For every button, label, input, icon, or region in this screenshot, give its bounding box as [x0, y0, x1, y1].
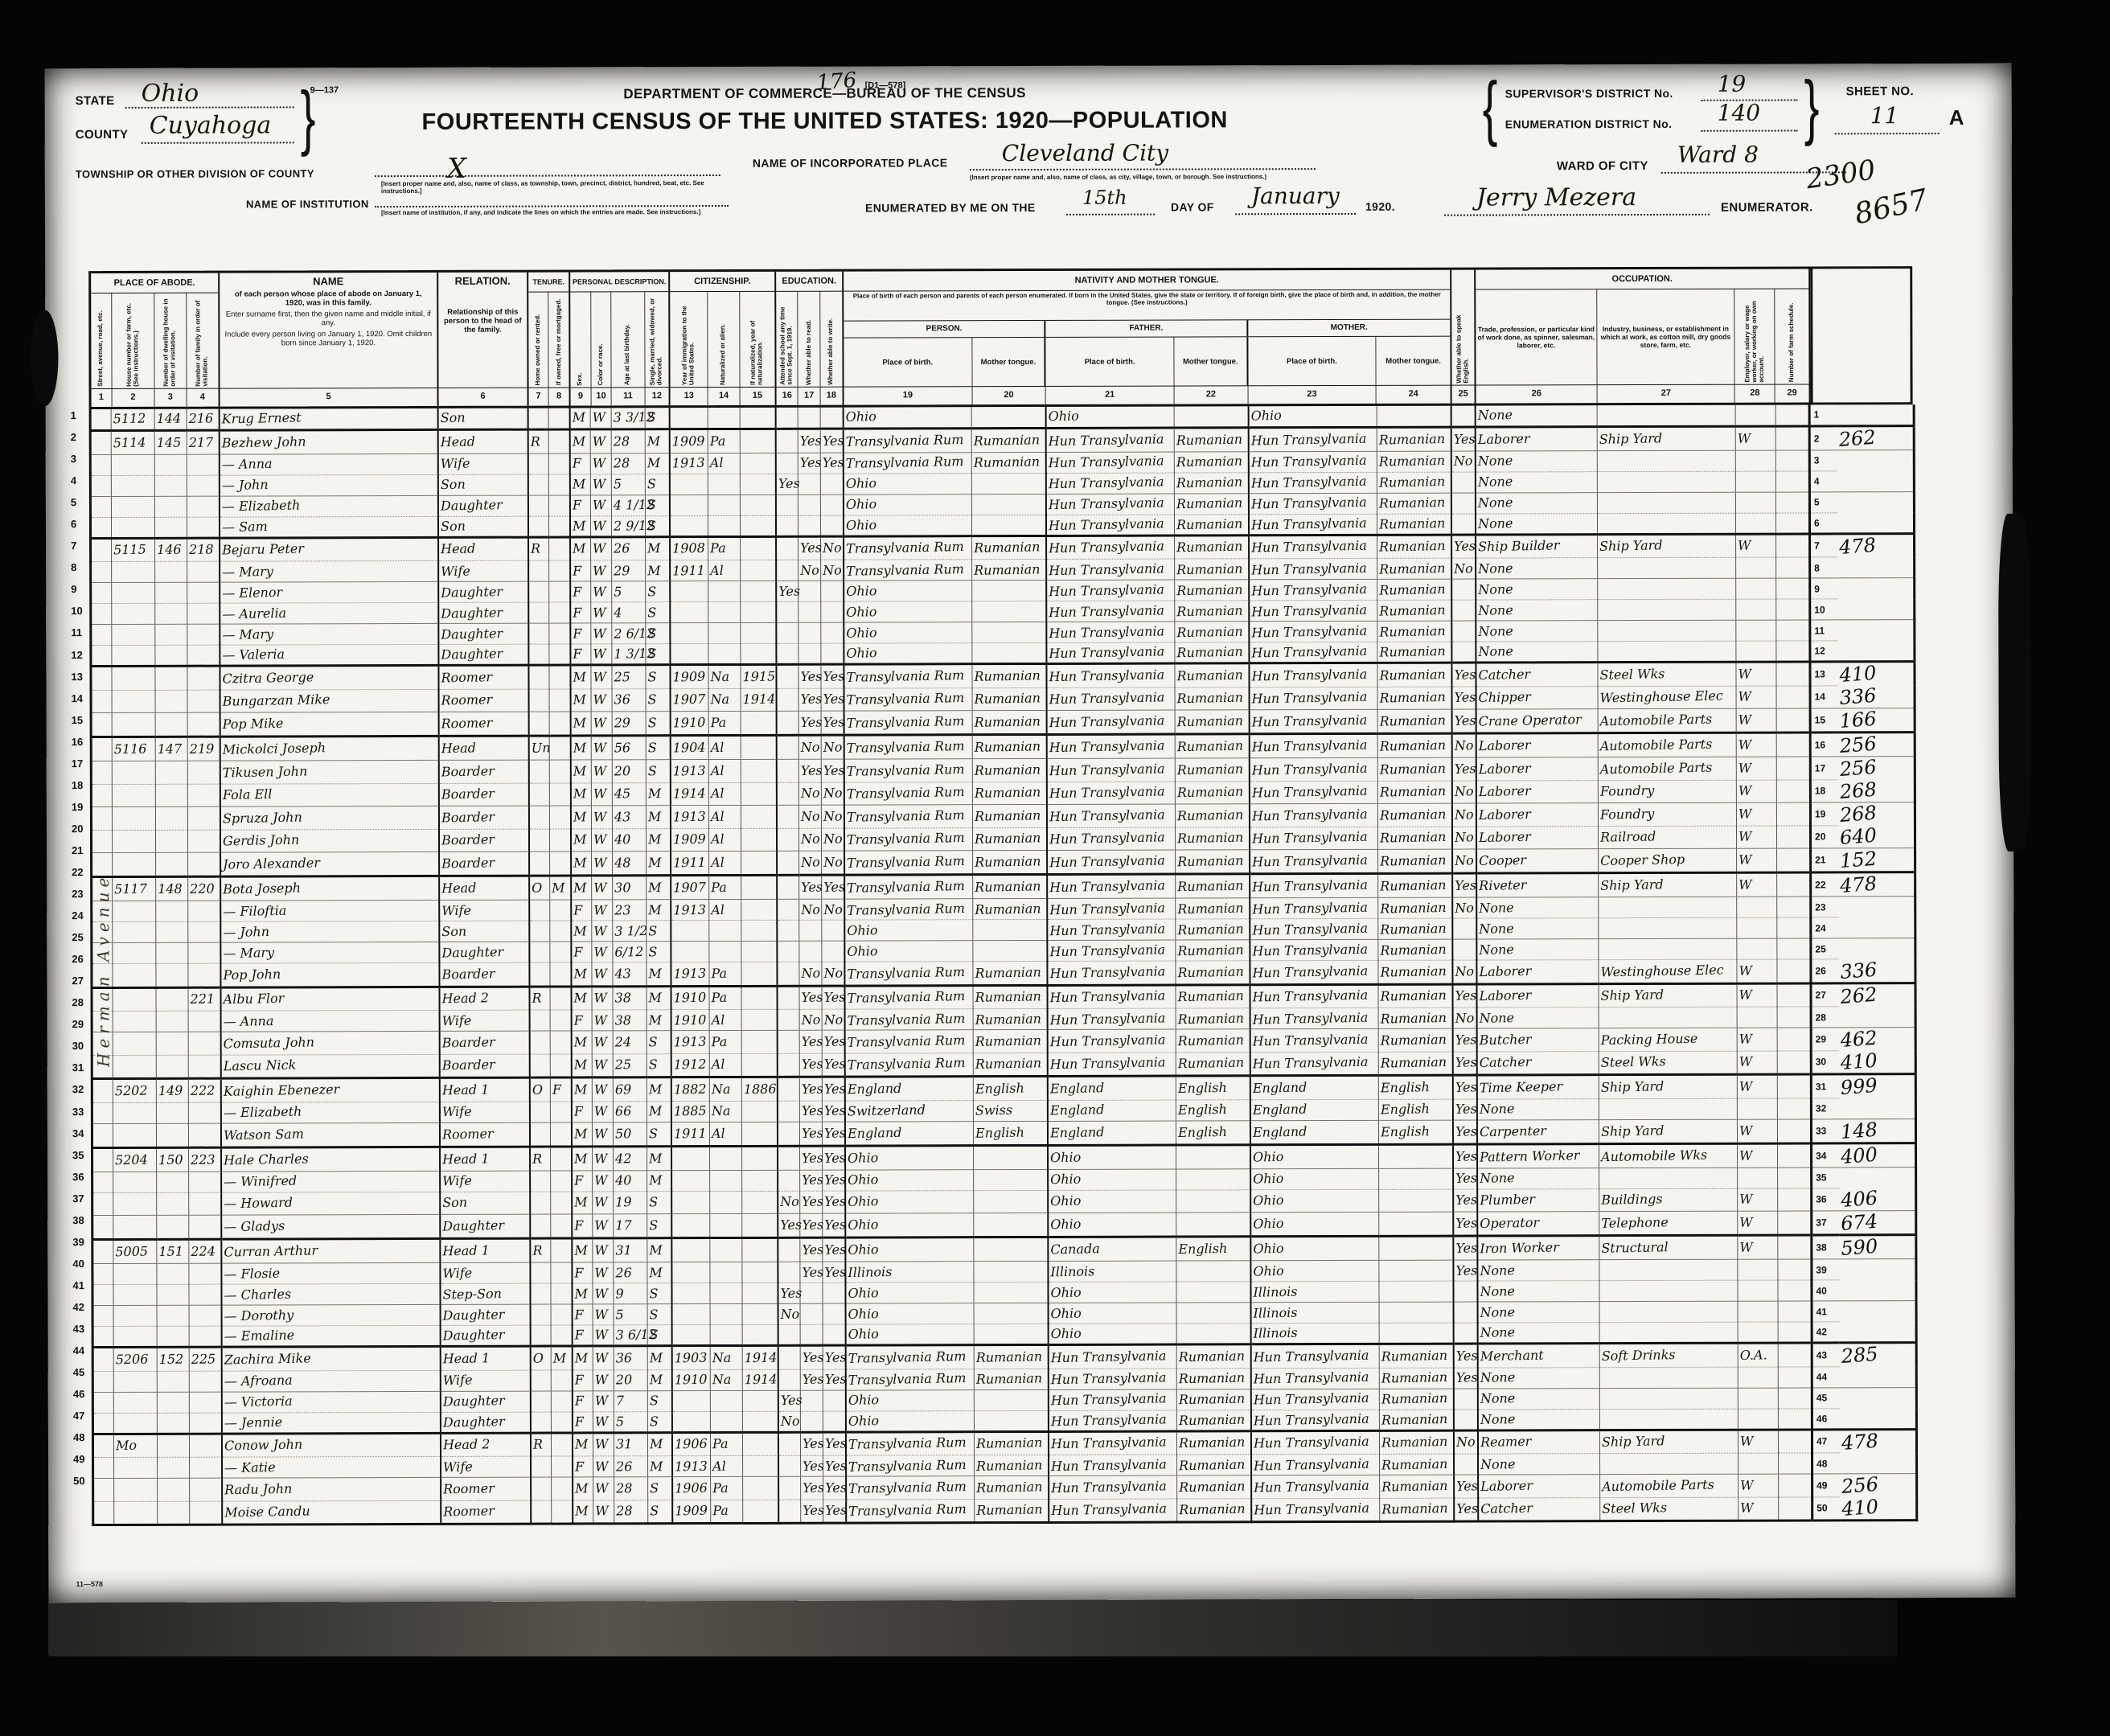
line-number-right: 3: [1809, 449, 1837, 470]
cell-t8: [552, 1500, 573, 1524]
cell-name: Zachira Mike: [221, 1346, 440, 1370]
cell-eng: [1451, 493, 1475, 514]
township-label: TOWNSHIP OR OTHER DIVISION OF COUNTY: [76, 167, 314, 180]
cell-yr: [671, 1283, 710, 1304]
cell-mt: Rumanian: [972, 710, 1046, 734]
cell-occ: Time Keeper: [1476, 1075, 1599, 1099]
cell-wr: Yes: [821, 664, 844, 688]
cell-st: [91, 582, 112, 603]
line-number-right: 30: [1811, 1050, 1838, 1074]
cell-pbm: England: [1250, 1099, 1378, 1120]
cell-emp: [1738, 1168, 1778, 1188]
cell-race: W: [592, 1101, 613, 1122]
cell-t7: [530, 1412, 551, 1433]
cell-yr: 1904: [670, 736, 708, 760]
line-number-right: 48: [1812, 1453, 1840, 1474]
cell-pbm: Hun Transylvania: [1250, 1410, 1379, 1430]
cell-t7: [527, 495, 548, 516]
cell-mtf: Rumanian: [1176, 1052, 1250, 1076]
cell-pb: Ohio: [843, 515, 971, 536]
cell-ind: [1599, 1388, 1738, 1409]
cell-st: [92, 1147, 113, 1172]
cell-nat: Na: [710, 1369, 742, 1390]
cell-sex: M: [571, 852, 592, 876]
cell-race: W: [593, 1369, 614, 1390]
cell-yr: 1910: [671, 986, 709, 1010]
cell-age: 3 1/2: [613, 921, 647, 942]
cell-dw: [155, 603, 187, 624]
cell-fam: [189, 1215, 221, 1239]
cell-ind: Railroad: [1598, 826, 1736, 849]
cell-mar: S: [647, 1053, 671, 1077]
group-occupation: OCCUPATION. Trade, profession, or partic…: [1476, 269, 1810, 403]
cell-house: 5115: [112, 538, 155, 562]
cell-pb: Transylvania Rum: [844, 560, 972, 581]
cell-eng: No: [1453, 1430, 1477, 1455]
cell-wr: Yes: [822, 1101, 844, 1122]
form-footer-code: 11—578: [76, 1580, 103, 1588]
county-value[interactable]: Cuyahoga: [150, 111, 272, 139]
cell-wr: Yes: [823, 1146, 845, 1170]
cell-pbf: Ohio: [1048, 1213, 1176, 1237]
cell-mtf: Rumanian: [1176, 919, 1250, 940]
enumerated-day[interactable]: 15th: [1082, 187, 1127, 209]
cell-eng: [1451, 579, 1476, 600]
cell-rel: Head: [438, 537, 528, 561]
cell-mtm: Rumanian: [1378, 897, 1452, 918]
cell-pbf: Hun Transylvania: [1047, 1053, 1176, 1077]
column-subhead: Sex.: [570, 292, 591, 387]
cell-rd: Yes: [801, 1500, 823, 1524]
line-number-left: 18: [69, 779, 90, 801]
cell-yrnat: [743, 1500, 778, 1524]
cell-fam: [188, 901, 220, 921]
line-number-right: 42: [1812, 1322, 1839, 1343]
cell-ind: Westinghouse Elec: [1598, 686, 1736, 709]
cell-nat: Al: [711, 1455, 743, 1476]
column-number: 26: [1476, 385, 1598, 403]
cell-dw: [157, 1326, 189, 1347]
cell-st: [93, 1501, 114, 1525]
cell-eng: Yes: [1452, 1075, 1476, 1099]
cell-rd: [798, 408, 820, 429]
cell-dw: 144: [154, 409, 187, 430]
cell-wr: Yes: [821, 711, 844, 735]
cell-pbf: Hun Transylvania: [1046, 663, 1175, 687]
line-number-left: 49: [71, 1453, 92, 1475]
cell-sex: M: [571, 1077, 592, 1102]
cell-mar: M: [646, 536, 670, 560]
cell-eng: Yes: [1452, 873, 1476, 897]
cell-sex: M: [571, 921, 592, 942]
cell-rd: [799, 941, 822, 962]
cell-race: W: [591, 736, 612, 760]
cell-wr: Yes: [823, 1262, 845, 1283]
township-value[interactable]: X: [447, 153, 466, 185]
cell-occ: None: [1477, 1260, 1599, 1281]
scan-streak: [48, 1600, 1898, 1656]
line-number-right: 4: [1809, 470, 1837, 491]
cell-name: Pop Mike: [220, 712, 438, 737]
cell-race: W: [593, 1325, 614, 1346]
cell-name: Bezhew John: [219, 429, 437, 454]
cell-age: 5: [612, 581, 646, 602]
cell-mt: [974, 1282, 1048, 1303]
cell-pbm: Hun Transylvania: [1249, 600, 1377, 621]
cell-eng: Yes: [1452, 1028, 1476, 1052]
cell-dw: [154, 454, 187, 475]
cell-fam: [188, 1123, 220, 1147]
cell-farm: [1777, 1098, 1811, 1118]
cell-mtm: Rumanian: [1378, 939, 1452, 960]
cell-sch: [777, 1101, 799, 1122]
cell-sex: M: [572, 1346, 593, 1370]
cell-mtf: Rumanian: [1175, 687, 1249, 710]
cell-mtm: [1379, 1281, 1453, 1302]
cell-emp: W: [1736, 780, 1776, 803]
enumerated-month[interactable]: January: [1251, 183, 1340, 209]
cell-farm: [1778, 1167, 1812, 1188]
line-number-left: 23: [69, 888, 90, 909]
cell-farm: [1776, 708, 1810, 733]
cell-mtf: Rumanian: [1175, 804, 1249, 827]
cell-mt: [972, 601, 1046, 622]
cell-rd: [800, 1303, 823, 1324]
cell-fam: [188, 963, 220, 987]
cell-pb: Transylvania Rum: [844, 805, 972, 828]
cell-fam: [187, 561, 220, 582]
cell-rel: Head 1: [440, 1346, 530, 1370]
cell-pbf: Hun Transylvania: [1046, 827, 1175, 851]
cell-mt: Swiss: [973, 1100, 1047, 1121]
cell-rel: Roomer: [441, 1500, 531, 1525]
cell-rd: [800, 1411, 823, 1432]
cell-ind: Ship Yard: [1598, 534, 1736, 558]
cell-fam: [187, 806, 220, 830]
cell-sex: F: [571, 1101, 592, 1122]
cell-wr: Yes: [823, 1191, 845, 1214]
cell-eng: No: [1451, 827, 1476, 850]
cell-occ: None: [1477, 1323, 1599, 1344]
cell-eng: [1453, 1410, 1477, 1430]
cell-mtf: [1176, 1144, 1250, 1168]
cell-eng: No: [1451, 558, 1476, 579]
cell-mtf: Rumanian: [1176, 1410, 1250, 1430]
cell-mar: M: [647, 900, 671, 921]
cell-race: W: [592, 962, 613, 987]
cell-pb: Ohio: [844, 920, 973, 941]
cell-yrnat: [740, 515, 775, 536]
cell-fam: 225: [189, 1347, 221, 1371]
cell-sch: [775, 453, 798, 474]
column-subhead: Single, married, widowed, or divorced.: [645, 292, 669, 387]
cell-t8: [551, 1283, 572, 1304]
cell-race: W: [592, 852, 613, 876]
cell-ind: [1599, 1301, 1738, 1322]
township-line: [375, 174, 720, 177]
cell-mtm: Rumanian: [1377, 472, 1451, 493]
group-relation: RELATION. Relationship of this person to…: [438, 273, 528, 406]
cell-mar: S: [647, 1283, 671, 1304]
line-number-left: 16: [69, 736, 90, 757]
cell-mtf: [1176, 1261, 1250, 1282]
cell-mtf: Rumanian: [1176, 1430, 1250, 1455]
cell-emp: [1738, 1301, 1778, 1322]
cell-pbm: Hun Transylvania: [1248, 451, 1377, 472]
cell-sex: F: [570, 623, 591, 644]
cell-occ: None: [1475, 471, 1597, 492]
cell-name: Moise Candu: [222, 1500, 441, 1525]
cell-house: [113, 921, 156, 942]
cell-mtf: Rumanian: [1176, 961, 1250, 985]
cell-eng: No: [1451, 803, 1476, 827]
cell-name: Lascu Nick: [220, 1054, 439, 1078]
cell-t8: [549, 560, 570, 581]
cell-occ: None: [1476, 897, 1599, 918]
group-title-education: EDUCATION.: [776, 272, 842, 292]
line-number-right: 40: [1812, 1280, 1839, 1301]
cell-sex: M: [570, 782, 591, 806]
cell-wr: [822, 920, 844, 941]
cell-yrnat: [740, 474, 775, 495]
father-tongue-head: Mother tongue.: [1174, 337, 1248, 385]
cell-eng: [1451, 514, 1475, 535]
cell-mtm: Rumanian: [1377, 709, 1451, 733]
cell-mt: English: [973, 1121, 1047, 1145]
cell-nat: [708, 581, 741, 601]
cell-age: 6/12: [613, 942, 647, 962]
cell-sch: Yes: [778, 1213, 800, 1237]
column-number: 4: [187, 389, 219, 407]
occupation-trade-head: Trade, profession, or particular kind of…: [1476, 289, 1597, 384]
state-value[interactable]: Ohio: [142, 80, 199, 108]
cell-dw: [155, 712, 187, 737]
cell-yr: 1906: [671, 1432, 710, 1456]
cell-house: [112, 761, 155, 784]
cell-mtm: Rumanian: [1377, 621, 1451, 642]
cell-nat: Na: [708, 688, 741, 712]
cell-ind: [1599, 897, 1737, 917]
cell-house: [112, 624, 155, 645]
cell-yr: [671, 1262, 710, 1283]
sheet-title: FOURTEENTH CENSUS OF THE UNITED STATES: …: [351, 107, 1299, 136]
cell-name: Tikusen John: [220, 760, 438, 783]
cell-wr: Yes: [822, 1122, 844, 1146]
cell-t8: [550, 962, 571, 987]
cell-house: [112, 561, 155, 582]
cell-fam: 220: [188, 876, 220, 901]
cell-t8: F: [550, 1077, 571, 1102]
cell-nat: Al: [708, 560, 741, 581]
cell-yr: [671, 921, 709, 942]
cell-yr: 1909: [669, 429, 708, 453]
cell-t8: [550, 1122, 571, 1146]
cell-emp: W: [1737, 983, 1777, 1008]
cell-name: — Anna: [220, 1010, 439, 1032]
institution-note: [Insert name of institution, if any, and…: [381, 208, 735, 216]
cell-occ: Laborer: [1476, 757, 1598, 781]
cell-name: Kaighin Ebenezer: [220, 1077, 439, 1102]
cell-pbm: Hun Transylvania: [1250, 1028, 1378, 1052]
cell-sch: No: [778, 1411, 800, 1432]
cell-st: [92, 1434, 113, 1458]
cell-mtf: Rumanian: [1174, 451, 1248, 472]
line-number-left: 47: [71, 1410, 92, 1431]
cell-pbm: Ohio: [1250, 1260, 1379, 1281]
enumeration-label: ENUMERATION DISTRICT No.: [1505, 117, 1673, 131]
cell-age: 29: [612, 560, 646, 581]
supervisor-value[interactable]: 19: [1718, 71, 1747, 97]
cell-emp: [1738, 1280, 1778, 1301]
cell-rd: No: [798, 828, 821, 852]
sheet-value[interactable]: 11: [1870, 102, 1899, 129]
cell-sch: [776, 782, 798, 806]
line-number-right: 10: [1810, 599, 1837, 620]
cell-name: — Afroana: [221, 1370, 440, 1392]
cell-name: — John: [220, 921, 439, 942]
cell-name: — John: [219, 474, 437, 496]
cell-st: [92, 1284, 113, 1305]
cell-t8: [548, 408, 569, 429]
cell-mar: M: [647, 1077, 671, 1102]
enumeration-value[interactable]: 140: [1718, 100, 1761, 126]
line-number-right: 25: [1811, 938, 1838, 959]
cell-rd: Yes: [800, 1191, 823, 1214]
cell-wr: [821, 622, 844, 643]
column-subhead: If owned, free or mortgaged.: [548, 292, 569, 387]
cell-dw: [156, 1102, 188, 1123]
cell-mtm: [1379, 1189, 1453, 1213]
line-number-right: 24: [1811, 917, 1838, 938]
line-number-right: 22: [1811, 872, 1838, 897]
line-number-right: 35: [1812, 1167, 1839, 1188]
cell-pbm: Hun Transylvania: [1249, 579, 1377, 600]
cell-emp: [1736, 557, 1776, 578]
cell-race: W: [591, 644, 612, 665]
group-title-nativity: NATIVITY AND MOTHER TONGUE.: [844, 270, 1450, 292]
cell-wr: Yes: [823, 1455, 846, 1476]
cell-yrnat: [741, 986, 777, 1010]
cell-sex: F: [571, 900, 592, 921]
ward-value[interactable]: Ward 8: [1677, 142, 1759, 168]
form-header: 9—137 176 [D1—578] DEPARTMENT OF COMMERC…: [45, 64, 2013, 269]
cell-house: 5206: [113, 1347, 157, 1371]
cell-farm: [1777, 959, 1811, 983]
cell-yrnat: 1914: [741, 688, 776, 712]
column-number: 14: [708, 388, 740, 405]
cell-pb: Transylvania Rum: [844, 962, 973, 986]
line-number-left: 45: [71, 1366, 92, 1388]
margin-tally: 640: [1837, 825, 1915, 848]
occupation-subheads: Trade, profession, or particular kind of…: [1476, 289, 1808, 384]
cell-dw: [156, 1011, 188, 1032]
cell-sch: Yes: [776, 581, 798, 601]
cell-dw: [157, 1172, 189, 1192]
street-name-vertical[interactable]: Herman Avenue: [92, 617, 113, 1067]
cell-mt: Rumanian: [972, 827, 1046, 851]
line-number-right: 28: [1811, 1007, 1838, 1028]
cell-mar: S: [648, 1500, 672, 1524]
column-number: 22: [1174, 386, 1248, 404]
cell-race: W: [591, 602, 612, 623]
cell-sex: M: [570, 688, 591, 712]
cell-house: [113, 1371, 157, 1392]
cell-eng: Yes: [1452, 1099, 1476, 1120]
line-number-right: 33: [1811, 1118, 1838, 1143]
cell-pbf: Hun Transylvania: [1046, 758, 1175, 782]
cell-pbm: Hun Transylvania: [1250, 1344, 1379, 1368]
cell-fam: 219: [187, 737, 220, 761]
cell-mt: Rumanian: [975, 1455, 1049, 1475]
cell-mtm: Rumanian: [1379, 1368, 1453, 1389]
institution-line: [375, 205, 729, 207]
cell-pbf: Hun Transylvania: [1046, 734, 1175, 758]
cell-race: W: [592, 876, 613, 900]
enumerator-signature[interactable]: Jerry Mezera: [1476, 183, 1636, 212]
cell-ind: [1599, 1168, 1738, 1188]
cell-rd: [798, 515, 820, 536]
cell-mt: Rumanian: [973, 985, 1047, 1009]
cell-st: [92, 1215, 113, 1239]
cell-t7: [528, 644, 549, 665]
cell-mar: M: [647, 1238, 671, 1262]
cell-wr: [823, 1390, 845, 1411]
column-subhead: Whether able to speak English.: [1451, 270, 1474, 385]
cell-pbm: Hun Transylvania: [1249, 535, 1377, 559]
cell-eng: Yes: [1453, 1212, 1477, 1236]
cell-yr: [671, 1411, 710, 1432]
cell-mtf: Rumanian: [1175, 758, 1249, 782]
cell-occ: None: [1477, 1281, 1599, 1302]
cell-race: W: [592, 942, 613, 962]
cell-st: [92, 1172, 113, 1192]
cell-name: — Winifred: [221, 1171, 440, 1192]
line-number-right: 1: [1809, 404, 1837, 425]
cell-name: Conow John: [221, 1433, 440, 1457]
cell-yr: 1913: [671, 962, 709, 987]
cell-mtf: Rumanian: [1176, 1344, 1250, 1369]
tenure-colnums: 78: [529, 387, 569, 405]
cell-pbm: Ohio: [1250, 1189, 1379, 1213]
cell-dw: [157, 1263, 189, 1284]
cell-mt: Rumanian: [972, 559, 1046, 580]
cell-fam: [187, 603, 220, 624]
cell-rel: Daughter: [440, 1412, 530, 1433]
cell-name: Radu John: [222, 1477, 441, 1500]
cell-yrnat: [740, 408, 775, 429]
incorporated-value[interactable]: Cleveland City: [1002, 140, 1168, 167]
cell-occ: Catcher: [1476, 1051, 1599, 1075]
cell-pbf: Ohio: [1048, 1190, 1176, 1213]
cell-house: [113, 1413, 157, 1434]
margin-tally: 406: [1839, 1188, 1916, 1211]
cell-pbf: Hun Transylvania: [1046, 804, 1175, 827]
cell-race: W: [593, 1304, 614, 1325]
cell-sch: [776, 536, 798, 560]
cell-rel: Head: [437, 429, 527, 453]
cell-name: Bejaru Peter: [220, 537, 438, 561]
cell-name: — Jennie: [221, 1412, 440, 1434]
cell-pb: Transylvania Rum: [845, 1345, 974, 1369]
cell-age: 38: [613, 1010, 647, 1031]
cell-yrnat: [741, 560, 776, 581]
cell-farm: [1776, 802, 1810, 826]
cell-race: W: [591, 760, 612, 783]
line-number-left: 39: [70, 1236, 91, 1258]
cell-sex: F: [572, 1325, 593, 1346]
cell-rel: Daughter: [440, 1391, 530, 1412]
cell-age: 25: [612, 665, 646, 689]
